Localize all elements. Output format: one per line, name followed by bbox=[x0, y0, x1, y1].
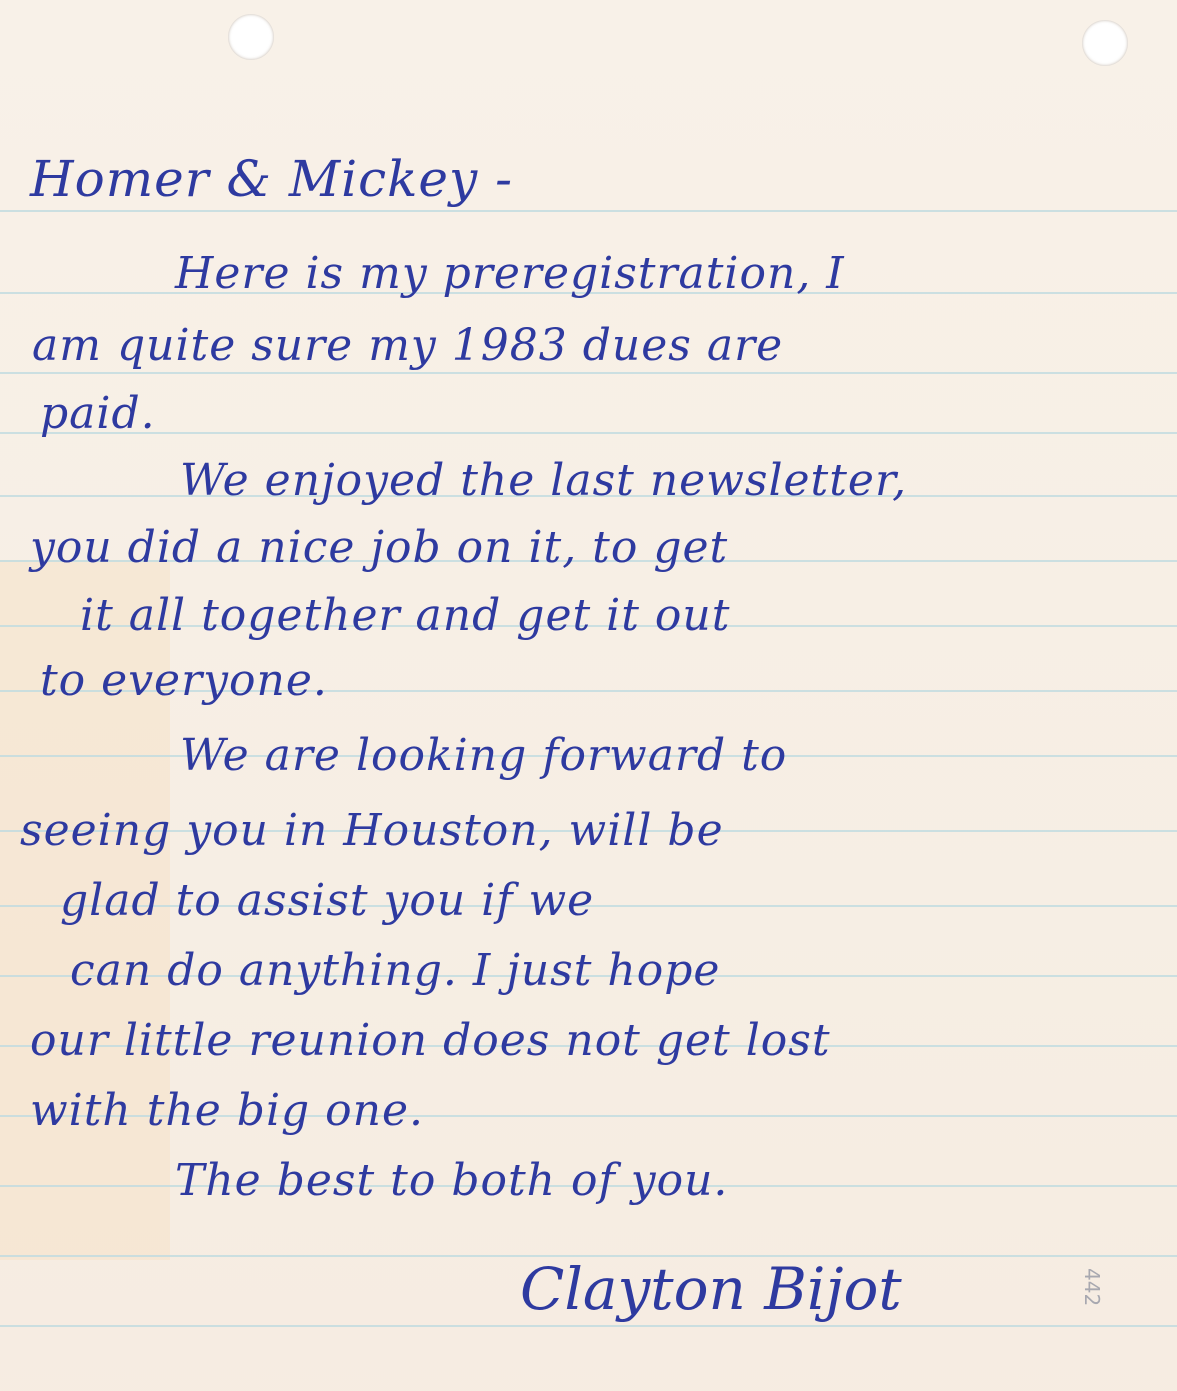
salutation: Homer & Mickey - bbox=[30, 150, 513, 208]
letter-line: our little reunion does not get lost bbox=[30, 1015, 831, 1066]
letter-line: it all together and get it out bbox=[80, 590, 730, 641]
letter-line: with the big one. bbox=[30, 1085, 424, 1136]
letter-line: can do anything. I just hope bbox=[70, 945, 720, 996]
closing-line: The best to both of you. bbox=[175, 1155, 728, 1206]
punch-hole-right bbox=[1082, 20, 1128, 66]
letter-line: seeing you in Houston, will be bbox=[20, 805, 724, 856]
punch-hole-left bbox=[228, 14, 274, 60]
letter-line: We enjoyed the last newsletter, bbox=[180, 455, 907, 506]
margin-note: 442 bbox=[1080, 1268, 1104, 1306]
letter-line: am quite sure my 1983 dues are bbox=[32, 320, 783, 371]
letter-line: to everyone. bbox=[40, 655, 328, 706]
letter-line: Here is my preregistration, I bbox=[175, 248, 845, 299]
ruled-line bbox=[0, 372, 1177, 374]
letter-line: paid. bbox=[40, 388, 156, 439]
letter-page: Homer & Mickey - Here is my preregistrat… bbox=[0, 0, 1177, 1391]
signature: Clayton Bijot bbox=[520, 1255, 902, 1323]
ruled-line bbox=[0, 210, 1177, 212]
letter-line: you did a nice job on it, to get bbox=[30, 522, 728, 573]
letter-line: glad to assist you if we bbox=[60, 875, 594, 926]
ruled-line bbox=[0, 432, 1177, 434]
ruled-line bbox=[0, 1325, 1177, 1327]
letter-line: We are looking forward to bbox=[180, 730, 787, 781]
